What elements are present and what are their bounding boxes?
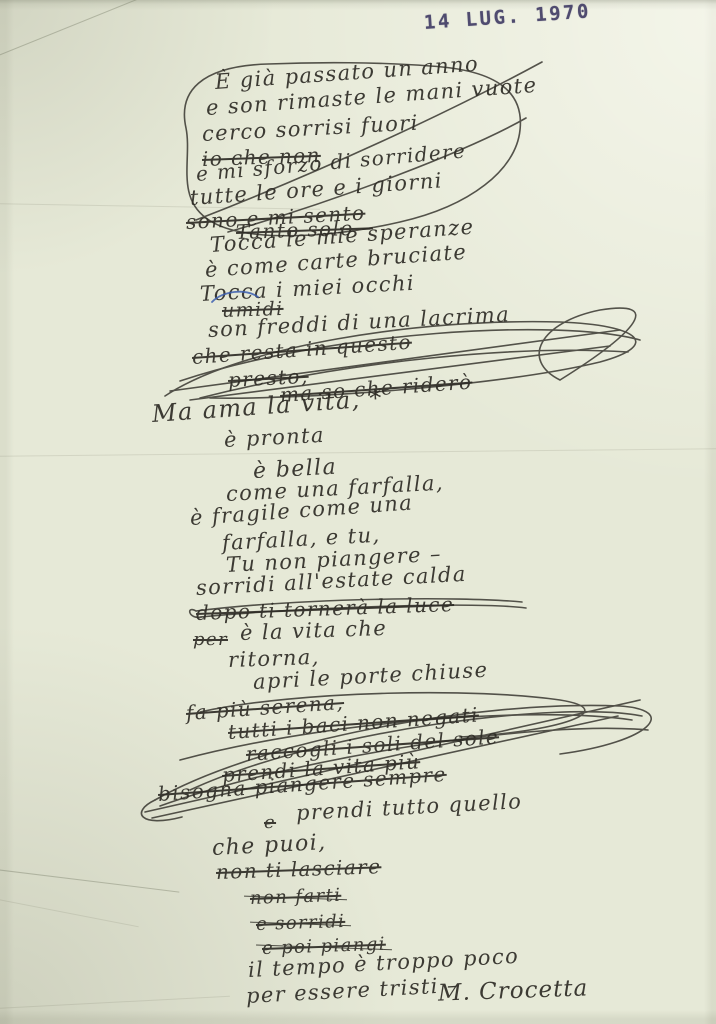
- manuscript-line: è la vita che: [240, 616, 388, 645]
- paper-crease: [0, 868, 179, 892]
- manuscript-line-struck: non ti lasciare: [216, 854, 382, 884]
- paper-crease: [0, 996, 230, 1010]
- manuscript-line-struck: e sorridi: [256, 911, 346, 935]
- manuscript-line: prendi tutto quello: [295, 789, 522, 825]
- manuscript-line: è pronta: [223, 423, 325, 452]
- paper-crease: [0, 448, 716, 456]
- manuscript-line-struck: non farti: [250, 885, 342, 909]
- manuscript-line: Ma ama la vita, *: [151, 384, 384, 428]
- date-stamp: 14 LUG. 1970: [423, 0, 591, 34]
- paper-crease: [0, 0, 163, 64]
- paper-crease: [0, 898, 139, 928]
- manuscript-page: 14 LUG. 1970 È già passato un anno e son…: [0, 0, 716, 1024]
- manuscript-line-struck: per: [193, 629, 228, 650]
- signature: M. Crocetta: [438, 975, 589, 1006]
- manuscript-line-struck: e: [264, 812, 276, 833]
